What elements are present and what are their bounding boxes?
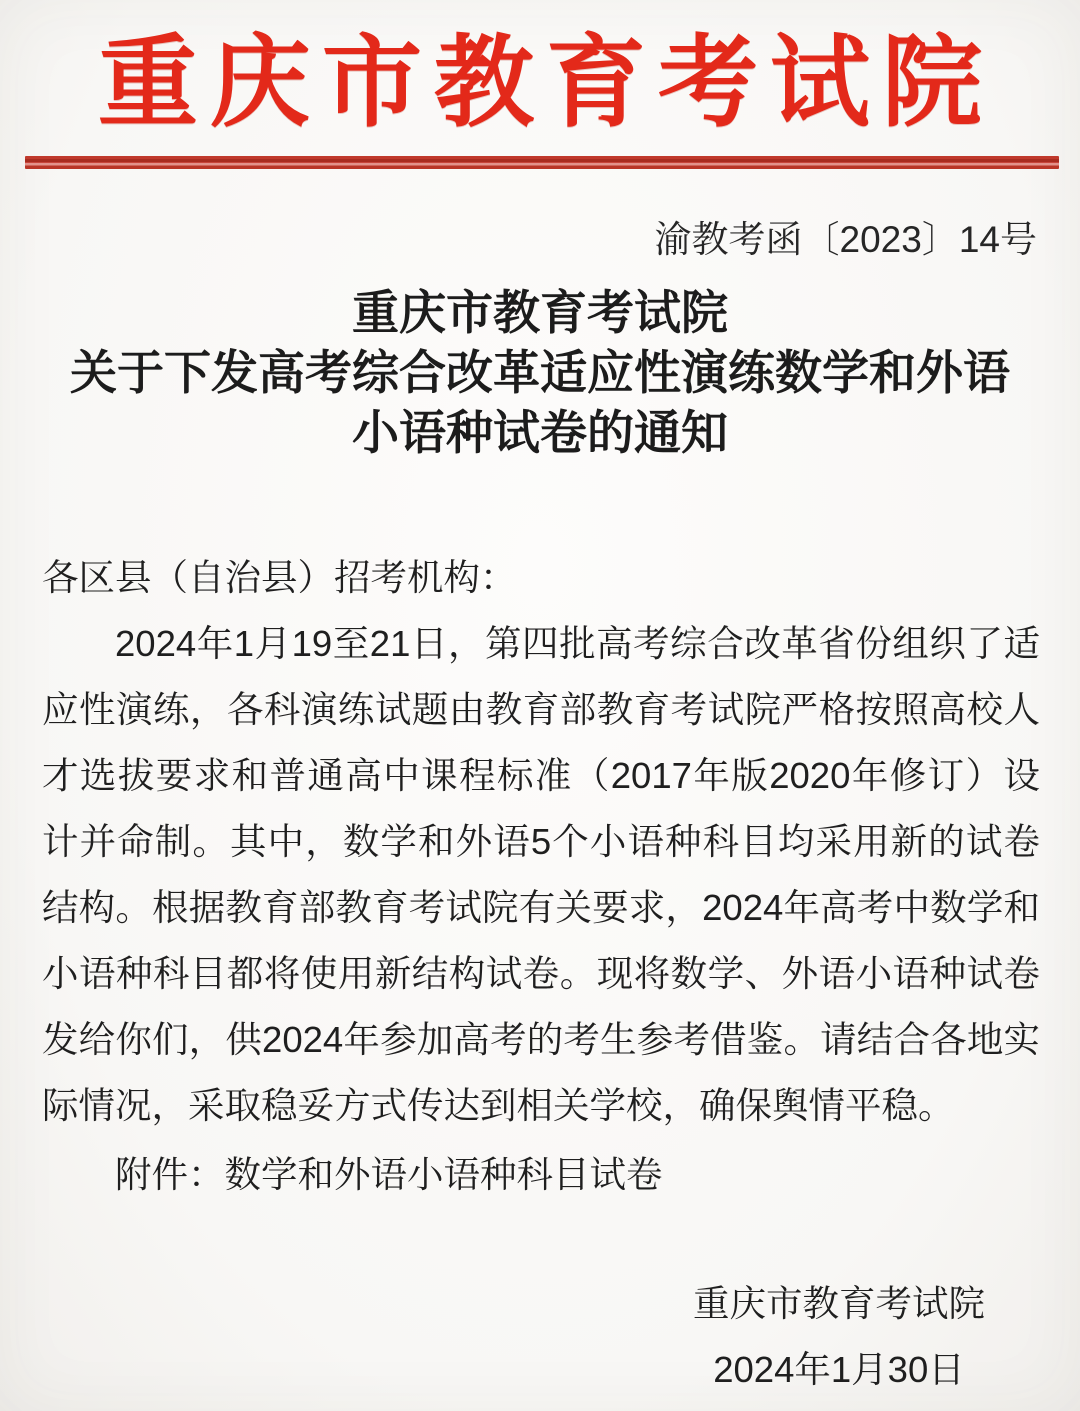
document-page: 重庆市教育考试院 渝教考函〔2023〕14号 重庆市教育考试院 关于下发高考综合…	[0, 0, 1080, 1411]
letterhead-divider-rule	[25, 156, 1059, 169]
notice-title-line2: 关于下发高考综合改革适应性演练数学和外语	[0, 343, 1080, 403]
letterhead: 重庆市教育考试院	[0, 0, 1080, 169]
letterhead-org-name: 重庆市教育考试院	[0, 26, 1080, 140]
signature-org: 重庆市教育考试院	[693, 1271, 985, 1337]
notice-title-line3: 小语种试卷的通知	[0, 403, 1080, 463]
body-paragraph: 2024年1月19至21日，第四批高考综合改革省份组织了适应性演练，各科演练试题…	[42, 611, 1040, 1139]
doc-number: 渝教考函〔2023〕14号	[0, 218, 1080, 262]
signature-block: 重庆市教育考试院 2024年1月30日	[693, 1271, 985, 1403]
document-body: 各区县（自治县）招考机构： 2024年1月19至21日，第四批高考综合改革省份组…	[42, 545, 1040, 1208]
salutation: 各区县（自治县）招考机构：	[42, 545, 1040, 611]
notice-title: 重庆市教育考试院 关于下发高考综合改革适应性演练数学和外语 小语种试卷的通知	[0, 283, 1080, 463]
notice-title-line1: 重庆市教育考试院	[0, 283, 1080, 343]
attachment-line: 附件：数学和外语小语种科目试卷	[42, 1142, 1040, 1208]
signature-date: 2024年1月30日	[693, 1337, 985, 1403]
